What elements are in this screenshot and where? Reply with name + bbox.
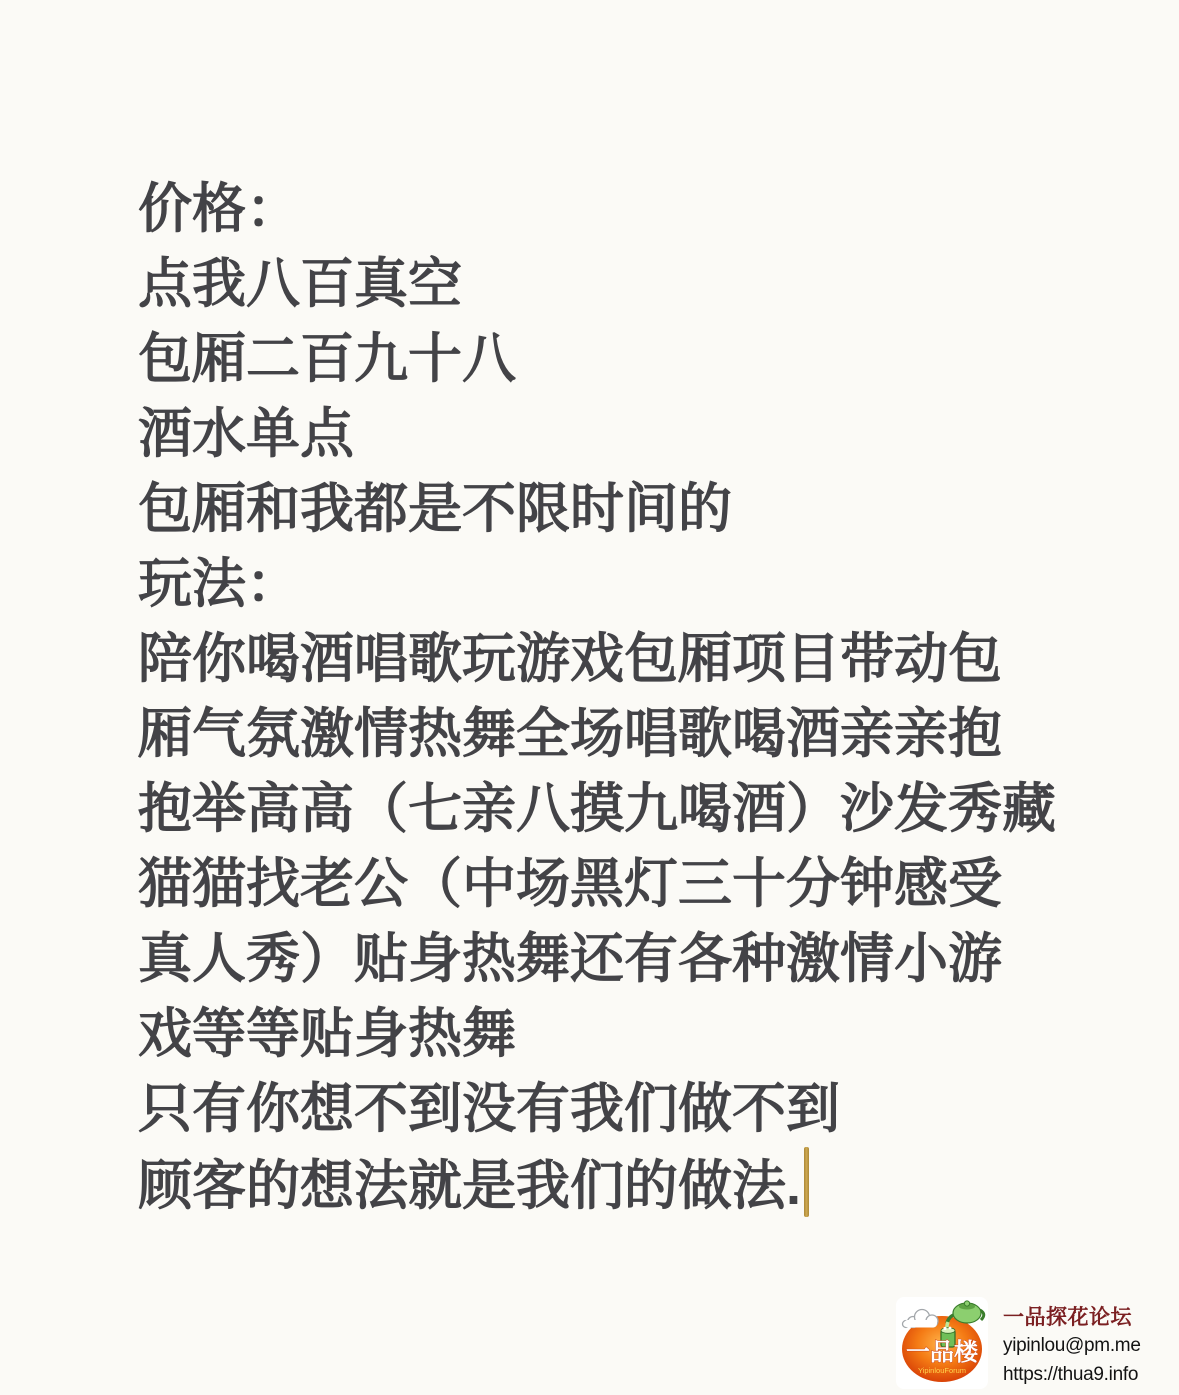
- text-line: 陪你喝酒唱歌玩游戏包厢项目带动包: [138, 622, 1098, 697]
- note-text-area[interactable]: 价格： 点我八百真空 包厢二百九十八 酒水单点 包厢和我都是不限时间的 玩法： …: [138, 172, 1098, 1224]
- forum-logo: 一品楼 YipinlouForum: [896, 1297, 988, 1389]
- text-line-content: 顾客的想法就是我们的做法.: [138, 1156, 801, 1216]
- forum-logo-graphic: 一品楼 YipinlouForum: [896, 1297, 988, 1389]
- watermark-text-block: 一品探花论坛 yipinlou@pm.me https://thua9.info: [1003, 1297, 1141, 1386]
- text-line: 玩法：: [138, 547, 1098, 622]
- forum-name: 一品探花论坛: [1003, 1306, 1141, 1330]
- logo-sub-text: YipinlouForum: [918, 1366, 966, 1375]
- text-line: 包厢和我都是不限时间的: [138, 472, 1098, 547]
- text-line: 包厢二百九十八: [138, 322, 1098, 397]
- text-line: 真人秀）贴身热舞还有各种激情小游: [138, 922, 1098, 997]
- text-line: 只有你想不到没有我们做不到: [138, 1072, 1098, 1147]
- text-line: 厢气氛激情热舞全场唱歌喝酒亲亲抱: [138, 697, 1098, 772]
- note-page: 价格： 点我八百真空 包厢二百九十八 酒水单点 包厢和我都是不限时间的 玩法： …: [0, 0, 1179, 1395]
- text-line: 酒水单点: [138, 397, 1098, 472]
- text-line: 顾客的想法就是我们的做法.: [138, 1147, 1098, 1224]
- forum-url: https://thua9.info: [1003, 1364, 1141, 1386]
- contact-email: yipinlou@pm.me: [1003, 1335, 1141, 1357]
- text-line: 抱举高高（七亲八摸九喝酒）沙发秀藏: [138, 772, 1098, 847]
- text-line: 戏等等贴身热舞: [138, 997, 1098, 1072]
- text-line: 猫猫找老公（中场黑灯三十分钟感受: [138, 847, 1098, 922]
- watermark-footer: 一品楼 YipinlouForum 一品探花论坛 yipinlou@pm.me …: [896, 1297, 1141, 1389]
- logo-main-text: 一品楼: [906, 1339, 979, 1366]
- text-line: 点我八百真空: [138, 247, 1098, 322]
- text-line: 价格：: [138, 172, 1098, 247]
- text-cursor: [804, 1147, 809, 1217]
